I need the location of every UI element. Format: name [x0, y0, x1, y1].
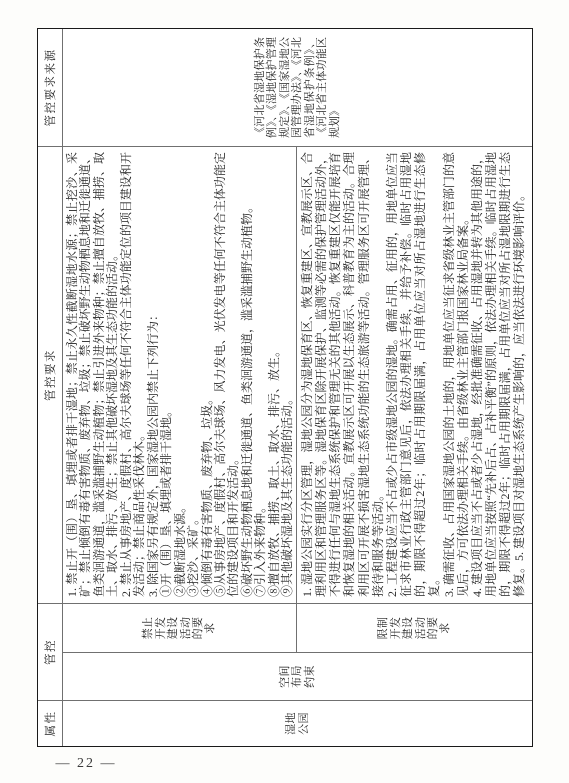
page-number: — 22 — [28, 756, 144, 772]
requirement-paragraph: 1. 湿地公园实行分区管理，湿地公园分为湿地保育区、恢复重建区、宣教展示区、合理… [300, 152, 385, 597]
cell-requirements-prohibited: 1. 禁止开（围）垦、填埋或者排干湿地；禁止永久性截断湿地水源；禁止挖沙、采矿；… [63, 146, 297, 603]
requirement-paragraph: ③挖沙、采矿。 [187, 152, 200, 597]
requirement-paragraph: ④倾倒有毒有害物质、废弃物、垃圾。 [201, 152, 214, 597]
header-requirements: 管控要求 [38, 146, 63, 603]
rotated-table-container: 属性 管控 管控要求 管控要求来源 湿地公园 空间布局约束 禁止开发建设活动的要… [37, 28, 533, 747]
cell-label-restricted-development: 限制开发建设活动的要求 [297, 603, 532, 652]
requirement-paragraph: ⑨其他破坏湿地及其生态功能的活动。 [281, 152, 294, 597]
header-source: 管控要求来源 [38, 29, 63, 146]
requirement-paragraph: 3. 确需征收、占用国家湿地公园的土地的，用地单位应当征求省级林业主管部门的意见… [442, 152, 470, 597]
cell-requirement-sources: 《河北省湿地保护条例》、《湿地保护管理规定》、《国家湿地公园管理办法》、《河北省… [63, 29, 532, 146]
control-category-label: 空间布局约束 [279, 660, 316, 694]
header-control: 管控 [38, 603, 63, 700]
source-documents-text: 《河北省湿地保护条例》、《湿地保护管理规定》、《国家湿地公园管理办法》、《河北省… [254, 37, 342, 138]
cell-attribute-wetland-park: 湿地公园 [63, 700, 532, 746]
requirement-paragraph: ①开（围）垦、填埋或者排干湿地。 [160, 152, 173, 597]
requirement-paragraph: ⑤从事房地产、度假村、高尔夫球场、风力发电、光伏发电等任何不符合主体功能定位的建… [214, 152, 241, 597]
requirement-paragraph: 4. 建设项目应当不占或者少占湿地，经批准确需征收、占用湿地并转为其他用途的，用… [470, 152, 527, 597]
control-requirements-table: 属性 管控 管控要求 管控要求来源 湿地公园 空间布局约束 禁止开发建设活动的要… [37, 28, 533, 747]
header-attribute: 属性 [38, 700, 63, 746]
requirement-paragraph: 1. 禁止开（围）垦、填埋或者排干湿地；禁止永久性截断湿地水源；禁止挖沙、采矿；… [66, 152, 120, 597]
attribute-label: 湿地公园 [285, 712, 310, 735]
requirement-paragraph: ⑦引入外来物种。 [254, 152, 267, 597]
restricted-development-label: 限制开发建设活动的要求 [377, 611, 451, 645]
prohibited-development-label: 禁止开发建设活动的要求 [142, 611, 216, 645]
requirement-paragraph: 2. 工程建设应当不占或少占市级湿地公园的湿地。确需占用、征用的，用地单位应当征… [385, 152, 442, 597]
cell-requirements-restricted: 1. 湿地公园实行分区管理，湿地公园分为湿地保育区、恢复重建区、宣教展示区、合理… [297, 146, 532, 603]
cell-label-prohibited-development: 禁止开发建设活动的要求 [63, 603, 297, 652]
cell-control-category-spatial-layout: 空间布局约束 [63, 652, 532, 700]
requirement-paragraph: 2. 禁止从事房地产、度假村、高尔夫球场等任何不符合主体功能定位的项目建设和开发… [120, 152, 147, 597]
